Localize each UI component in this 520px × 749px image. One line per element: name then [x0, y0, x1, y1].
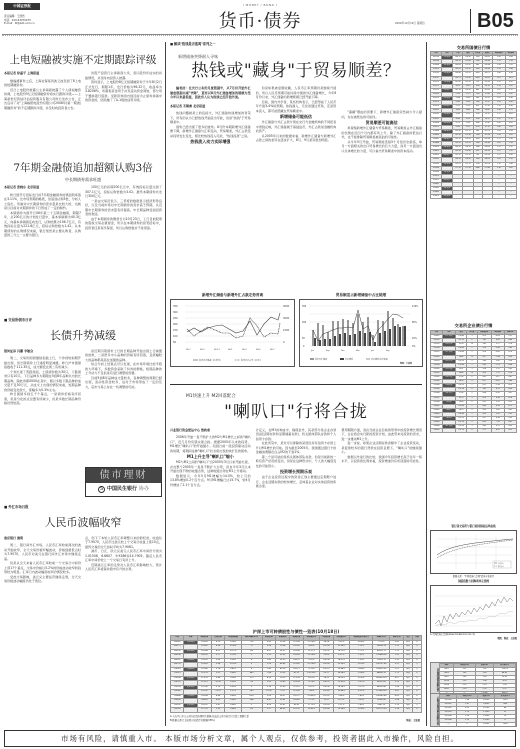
table-cell: 偏股	[404, 708, 413, 713]
svg-text:新增外汇储备（亿美元）: 新增外汇储备（亿美元）	[199, 358, 222, 362]
table-title: 沪深上市可转债股性与债性一览表(10月18日)	[170, 628, 422, 635]
article-paragraph: 近期美元汇率的走势对人民币汇率影响较大，预计人民币汇率将保持稳中有升的态势。	[85, 563, 162, 572]
bar-line-chart: 350200500 120%80%20%0% JunSepDecMarJunSe…	[300, 300, 422, 366]
sponsor-name: 中国民生银行	[107, 487, 137, 492]
table-cell: 101.45	[319, 708, 333, 713]
table-cell: —	[505, 195, 516, 199]
svg-text:贸易顺差/外汇储备: 贸易顺差/外汇储备	[371, 357, 388, 361]
article-paragraph: 资料显示，上电股份8亿元短期融资券于今年8月2日正式发行，期限1年，发行价格为9…	[85, 80, 162, 103]
article-paragraph: 近日上电股份披露公主承销商披露了个人债权融资协调，上电股份5亿元短期融资券将实行…	[4, 88, 81, 111]
column-divider	[165, 42, 166, 726]
article-trumpet: M1快速上升 M2回落配合 "喇叭口"行将合拢 兴业银行资金营运中心 鲁政委 2…	[170, 384, 422, 600]
yield-curve-chart: 交易所 银行间	[431, 531, 516, 573]
table-side-label: 交易所国债回购行情	[431, 663, 439, 696]
article-paragraph: 现象已经出现了更多的迹象。8月份本期新增外汇储备便下降，新增外汇储备与汇率变动，…	[170, 125, 251, 139]
yield-curve-chart-section: 银行间交易所与银行间国债收益率曲线 交易所 银行间 数据来源："中国债券信息网"…	[430, 524, 517, 641]
section-title: 货币·债券	[0, 10, 520, 34]
section-subhead: M1上升主导"喇叭口"缩小	[170, 453, 251, 460]
article-byline: 兴业银行资金营运中心 鲁政委	[170, 428, 251, 433]
svg-text:80%: 80%	[412, 321, 417, 324]
table-cell	[453, 195, 463, 199]
svg-text:250: 250	[173, 317, 178, 320]
table-side-label: 上海交易所债券回购行情	[431, 694, 439, 726]
chart-credit: 制图：制表：王欣然	[430, 637, 517, 641]
article-paragraph: 该股产投资行主承销商大众，者以股份评估实的初始情况，并及时向投资人披露。	[85, 71, 162, 80]
article-paragraph: 数据以外进行的比较，我国今年投资增长高于往年一般水平，以投资的比例来看，投资增速…	[341, 455, 422, 464]
line-chart: 350300250200 15010050 4500300015000 05-7…	[171, 300, 294, 366]
article-paragraph: 进一步说，如果企业活期存款余额中了企业投资变动，是促使较多的银行贷款在投资意愿下…	[341, 441, 422, 455]
article-hot-money: 解读"热钱是否逃离"系列之一 新增储备突降耐人寻味 热钱或"藏身"于贸易顺差？ …	[170, 42, 422, 286]
table-cell: 06国债⑩	[441, 195, 453, 199]
sh-repo-quotes-table: 品种加权价(%)收盘(%)成交量(亿) 2010001.982.00001320…	[439, 694, 516, 727]
table-cell: —	[492, 195, 505, 199]
table-cell: 1958	[495, 723, 516, 727]
risk-disclaimer: 市场有风险，请慎重入市。 本版市场分析文章，属个人观点，仅供参考，投资者据此入市…	[4, 730, 516, 747]
corporate-bond-section: 交易所企业债日行情 代码名称收盘成交量到期收益率剩余期限票面利率 1200010…	[430, 322, 517, 433]
sponsor-suffix: 协办	[139, 487, 149, 492]
svg-text:05-9: 05-9	[200, 349, 205, 351]
svg-text:06-7: 06-7	[270, 349, 275, 351]
table-cell: -0.38%	[349, 708, 372, 713]
svg-text:120%: 120%	[412, 305, 418, 308]
table-cell: 15.49%	[303, 708, 319, 713]
page-number: B05	[470, 9, 514, 33]
table-cell: 4.22	[504, 429, 516, 433]
table-row: 01061006国债⑩——	[431, 195, 517, 199]
svg-text:Dec: Dec	[341, 350, 345, 352]
treasury-quotes-table: 代码名称开盘最高成交量收盘价到期收益率剩余期限 00970497国债④108.1…	[430, 51, 517, 199]
article-paragraph: 2006年开始一直不断扩大的M2与M1增长之间的"喇叭口"，近几月份有望实现合拢…	[170, 435, 251, 453]
table-cell: 2.30	[211, 708, 225, 713]
article-paragraph: 在此背景中，是先可以排除的是居民持有信用卡存款上升对M1增长的可能。因为截至20…	[256, 441, 337, 455]
table-cell: 首钢转债	[184, 708, 198, 713]
sh-repo-quotes-section: 上海交易所债券回购行情 品种加权价(%)收盘(%)成交量(亿) 2010001.…	[430, 693, 517, 727]
table-note: B.数据来源:汇总转股可转债评价数据(CB%)	[170, 719, 422, 723]
article-cdb-bond: 7年期金融债追加超额认购3倍 中长期债券需求旺盛 本报记者 张晓东 北京报道 昨…	[4, 160, 162, 238]
svg-text:50: 50	[302, 337, 305, 340]
column-kicker: 交易所债市日评	[4, 318, 162, 323]
minsheng-bank-logo-icon: S	[98, 486, 105, 493]
article-paragraph: 但是从全天来看人民币汇率较前一个交易日中间价上涨17个基点，交易中价格以5.2%…	[4, 561, 81, 575]
table-row: 125959首钢转债117.012.300.08%832.2744.05101.…	[171, 708, 422, 713]
svg-text:4500: 4500	[283, 305, 290, 308]
article-rmb: 外汇市场日报 人民币波幅收窄 南京银行 施明 周二，银行间外汇市场，人民币汇率较…	[4, 505, 162, 726]
article-paragraph: 本期债券为国开行06年第二十五期金融债，期限7年，总200亿元的计划发行量中，基…	[4, 211, 81, 238]
article-paragraph: 周二，交易所国债继续指数上行，个券则较前期开始出现，但长期债券上行速度明显减缓。…	[4, 356, 81, 370]
svg-text:Mar: Mar	[356, 349, 360, 352]
article-paragraph: 再观察新增外汇储备与贸易顺差，贸易顺差占外汇储备的比例在近四个月内都有所上升，除…	[341, 126, 422, 140]
svg-text:0%: 0%	[412, 345, 415, 348]
table-credit: 制表：王欣然	[406, 719, 420, 723]
table-cell	[463, 195, 473, 199]
convertible-bond-table: 代码名称转债价格正股价格转债涨跌幅剩余规模(万元)转股价格转换比例转换价值转股溢…	[170, 635, 422, 713]
issue-date: 2006年10月19日 星期四	[395, 22, 425, 27]
article-long-bond: 交易所债市日评 长债升势减缓 银河证券 冯潮 李敏会 周二，交易所国债继续指数上…	[4, 318, 162, 497]
table-cell: 0.08%	[225, 708, 241, 713]
table-cell: ---	[457, 723, 478, 727]
svg-text:50: 50	[173, 341, 177, 344]
article-paragraph: "涌藏"理由的需要下，新增外汇储备突然减少令人疑问，存在被低估的可能性。	[341, 110, 422, 119]
svg-text:新增外汇储备: 新增外汇储备	[315, 357, 327, 361]
table-cell: 189775.24	[373, 708, 390, 713]
chart-title: 新增外汇储备与新增外汇占款走势背离	[170, 292, 295, 299]
article-paragraph: 是近期引领债市上行的长期品种开始出现上行减缓的迹象，二是很多中小品种的价格有所回…	[85, 349, 162, 363]
svg-text:05-7: 05-7	[186, 349, 191, 351]
table-cell: 120501	[431, 429, 443, 433]
table-cell	[473, 195, 482, 199]
table-cell: 优	[413, 708, 422, 713]
article-headline: 长债升势减缓	[4, 327, 162, 345]
article-paragraph: 由于本期债券的缴款日为10月23日，工行目前股票的股权交易必须现金，所以在本期债…	[85, 217, 162, 231]
svg-text:20%: 20%	[412, 337, 417, 340]
table-cell: 4.52	[492, 429, 504, 433]
index-repo-chart	[431, 586, 516, 632]
article-shangdian: 上电短融被实施不定期跟踪评级 本报记者 徐嘉平 上海报道 继福禧事件之后，上海社…	[4, 42, 162, 110]
article-paragraph: 点，创下了本轮人民币汇率调整以来的新纪录。收盘位于7.9070，人民币比美元较上…	[85, 536, 162, 550]
article-byline: 南京银行 施明	[4, 536, 81, 541]
article-headline: 人民币波幅收窄	[4, 514, 162, 532]
article-headline: 上电短融被实施不定期跟踪评级	[4, 52, 162, 68]
column-divider	[426, 42, 427, 726]
table-cell	[482, 195, 492, 199]
article-paragraph: 外汇储备与外汇占款分别在央行与金融机构的不同报表中得到反映，外汇储备属于基础货币…	[256, 120, 337, 134]
table-cell: 83	[241, 708, 262, 713]
article-paragraph: 个券出现了普跌局面，上涨债券数为30只，下跌债券只有10只。下行品种多为期限在5…	[4, 370, 81, 393]
svg-text:新增外汇占款（亿元）: 新增外汇占款（亿元）	[241, 358, 262, 362]
article-paragraph: 100亿元的初期200亿元中，有效投标总量达到了307.1亿元，投标认购倍数为3…	[85, 185, 162, 199]
column-kicker: 外汇市场日报	[4, 505, 162, 510]
editor-note: 编者按：在央行公布的月度数据中，从7月份开始外汇储备数据出现"突降"，更有以8月…	[170, 86, 251, 100]
article-byline: 银河证券 冯潮 李敏会	[4, 349, 81, 354]
section-subhead: 热钱流入动力实际增强	[170, 138, 251, 145]
article-headline: 热钱或"藏身"于贸易顺差？	[170, 59, 422, 83]
svg-text:05-11: 05-11	[214, 349, 221, 351]
article-paragraph: 计定义，在M1的构成中，除现金外，其余部分是企业存款(包括活期存款和活期储蓄存款…	[256, 428, 337, 442]
article-paragraph: 目前5到8年品种成交量较多，各种调整的周期已经出现，流动性资金较多，这对于市场形…	[85, 376, 162, 390]
svg-text:贸易顺差: 贸易顺差	[345, 357, 353, 361]
svg-text:0: 0	[303, 345, 305, 348]
svg-text:3000: 3000	[283, 317, 290, 320]
article-paragraph: 由于企业投资过程中的资金汇划主要通过定期账户进行，企业活期存款的较快增长，意味着…	[256, 475, 337, 489]
article-paragraph: 继福禧事件之后，上海社保案风波又波及到了8上电的短期融资券。	[4, 79, 81, 88]
svg-text:300: 300	[173, 311, 178, 314]
masthead-rule	[2, 34, 518, 36]
article-paragraph: 费用期限方面，而在当前企业目前的形势中的投资增长情况下，企业将会实行新的投资计划…	[341, 428, 422, 442]
article-paragraph: 热钱问题就是上的乱接交，外汇储备快速增加的背景下，所有的认为已经热钱开始流出可能…	[170, 111, 251, 125]
treasury-quotes-section: 交易所国债日行情 代码名称开盘最高成交量收盘价到期收益率剩余期限 0097049…	[430, 44, 517, 199]
bond-finance-banner: 债市理财 S 中国民生银行 协办	[85, 467, 162, 497]
svg-text:Jun: Jun	[370, 350, 375, 352]
article-paragraph: 但是如果被虚假收藏，人民币汇率预期仍是继续升值的，所以人民币预期可能持续中国的外…	[256, 86, 337, 100]
article-paragraph: 一是由交易员表示，三季度的数据显示经济形势良好，以及当前市场对中长期债券的需求高…	[85, 199, 162, 217]
article-subhead: 中长期债券需求旺盛	[4, 176, 162, 183]
convertible-bond-table-section: 沪深上市可转债股性与债性一览表(10月18日) 代码名称转债价格正股价格转债涨跌…	[170, 628, 422, 723]
article-paragraph: 受此交易影响，美元兑主要货币继续走弱，全天交易价格波动幅度仍处于低位。	[4, 575, 81, 584]
table-cell: 125959	[171, 708, 184, 713]
table-cell: 6	[467, 429, 477, 433]
svg-text:0: 0	[283, 341, 285, 344]
repo-quotes-section: 交易所国债回购行情 品种加权价(%)收盘(%)成交量(亿) R0011.911.…	[430, 662, 517, 697]
table-cell: 15.34%	[333, 708, 349, 713]
table-row: 合计---2.00001958	[440, 723, 516, 727]
article-paragraph: 周二，银行间外汇市场，人民币汇率较前两次的波动开始收窄，全天交易价格窄幅波动，价…	[4, 543, 81, 561]
article-headline: 7年期金融债追加超额认购3倍	[4, 160, 162, 176]
banner-title: 债市理财	[86, 468, 161, 483]
table-cell: 3.71	[477, 429, 492, 433]
table-title: 交易所企业债日行情	[430, 322, 517, 330]
article-paragraph: 目前，国内外学者，某些机构表示，已经形成了人民币年升值3-4%的预期。热钱涌入，…	[256, 100, 337, 114]
section-subhead: 投资增长预期乐观	[256, 468, 337, 475]
table-cell: 010610	[431, 195, 442, 199]
table-title: 交易所国债日行情	[430, 44, 517, 51]
section-subhead: 贸易顺差可能高估	[341, 119, 422, 126]
article-paragraph: 从2005年以来的数据来看，新增外汇储备与新增外汇占款之间的差异在逐步扩大，8月…	[256, 134, 337, 143]
svg-text:350: 350	[302, 305, 307, 308]
svg-text:350: 350	[173, 305, 178, 308]
table-cell: 合计	[440, 723, 457, 727]
series-kicker: 解读"热钱是否逃离"系列之一	[170, 42, 422, 47]
repo-quotes-table: 品种加权价(%)收盘(%)成交量(亿) R0011.911.95116.53R0…	[439, 663, 516, 696]
table-cell: 05中信	[443, 429, 456, 433]
article-paragraph: 第二个是可能的是机关团体部队存款，但是当前新的一般有资产状况的变动，但是在这种形…	[256, 455, 337, 469]
table-row: 12050105中信101.1063.714.524.22	[431, 429, 517, 433]
svg-text:200: 200	[302, 321, 307, 324]
section-subhead: 新增储备可能低估	[256, 113, 337, 120]
table-cell: 2.0000	[477, 723, 495, 727]
svg-text:制图：王欣然: 制图：王欣然	[400, 361, 413, 365]
article-paragraph: M2与M1之间的"喇叭口"自2005年3月以来开始出现，并在整个2005年一直是…	[170, 460, 251, 474]
article-paragraph: 数据显示，今年5月M1增幅为14.0%，较上月的13.8%增加0.2个百分点。9…	[170, 474, 251, 488]
article-paragraph: 昨日国债多则五千个基点，一是债券价格有所回落，但是分化的点位置有所减少，但是多数…	[4, 392, 81, 406]
table-cell: 101.10	[455, 429, 466, 433]
svg-text:06-3: 06-3	[242, 349, 247, 351]
article-paragraph: 港币、日元、欧元兑美元人民币汇率中间价分别为1.01506、6.6607、9.9…	[85, 549, 162, 563]
chart-reserves-vs-fx: 新增外汇储备与新增外汇占款走势背离 350300250200 15010050 …	[170, 292, 295, 367]
table-cell: 2.27	[262, 708, 276, 713]
svg-text:1500: 1500	[283, 329, 290, 332]
svg-text:150: 150	[173, 329, 178, 332]
chart-title: 贸易顺差占新增储备中占比陡增	[299, 292, 423, 299]
article-byline: 本报记者 禾稼秦 北京报道	[170, 104, 251, 109]
svg-text:100: 100	[173, 335, 178, 338]
corporate-bond-table: 代码名称收盘成交量到期收益率剩余期限票面利率 12000101三峡债104.80…	[430, 330, 517, 433]
section-en-label: I MONEY / BOND I	[0, 3, 520, 8]
article-paragraph: 综合分析上述观点可以发现，在市场环境比较平稳的大环境下，多数资金采取了持券的策略…	[85, 362, 162, 376]
table-cell: 117.01	[198, 708, 212, 713]
article-byline: 本报记者 张晓东 北京报道	[4, 185, 81, 190]
svg-text:06-1: 06-1	[228, 349, 233, 351]
article-paragraph: 昨日国开行招标发行的7年期金融债券的票面利率落在3.11%，比市场预期的略低，但…	[4, 193, 81, 211]
table-cell: 44.05	[276, 708, 290, 713]
svg-text:06-5: 06-5	[256, 349, 261, 351]
svg-text:200: 200	[173, 323, 178, 326]
svg-text:Sep: Sep	[386, 350, 390, 352]
article-paragraph: 从今年5月开始，贸易顺差连续5个月创历史新高，单月一方面相关的出口贸易增长的巨大…	[341, 140, 422, 154]
chart-trade-surplus-share: 贸易顺差占新增储备中占比陡增 350200500 120%80%20%0%	[299, 292, 423, 367]
table-cell: 101.32	[290, 708, 304, 713]
article-headline: "喇叭口"行将合拢	[170, 400, 422, 424]
article-byline: 本报记者 徐嘉平 上海报道	[4, 71, 81, 76]
table-cell: 2.18	[390, 708, 404, 713]
svg-text:Sep: Sep	[326, 350, 330, 352]
svg-text:Jun: Jun	[310, 350, 315, 352]
